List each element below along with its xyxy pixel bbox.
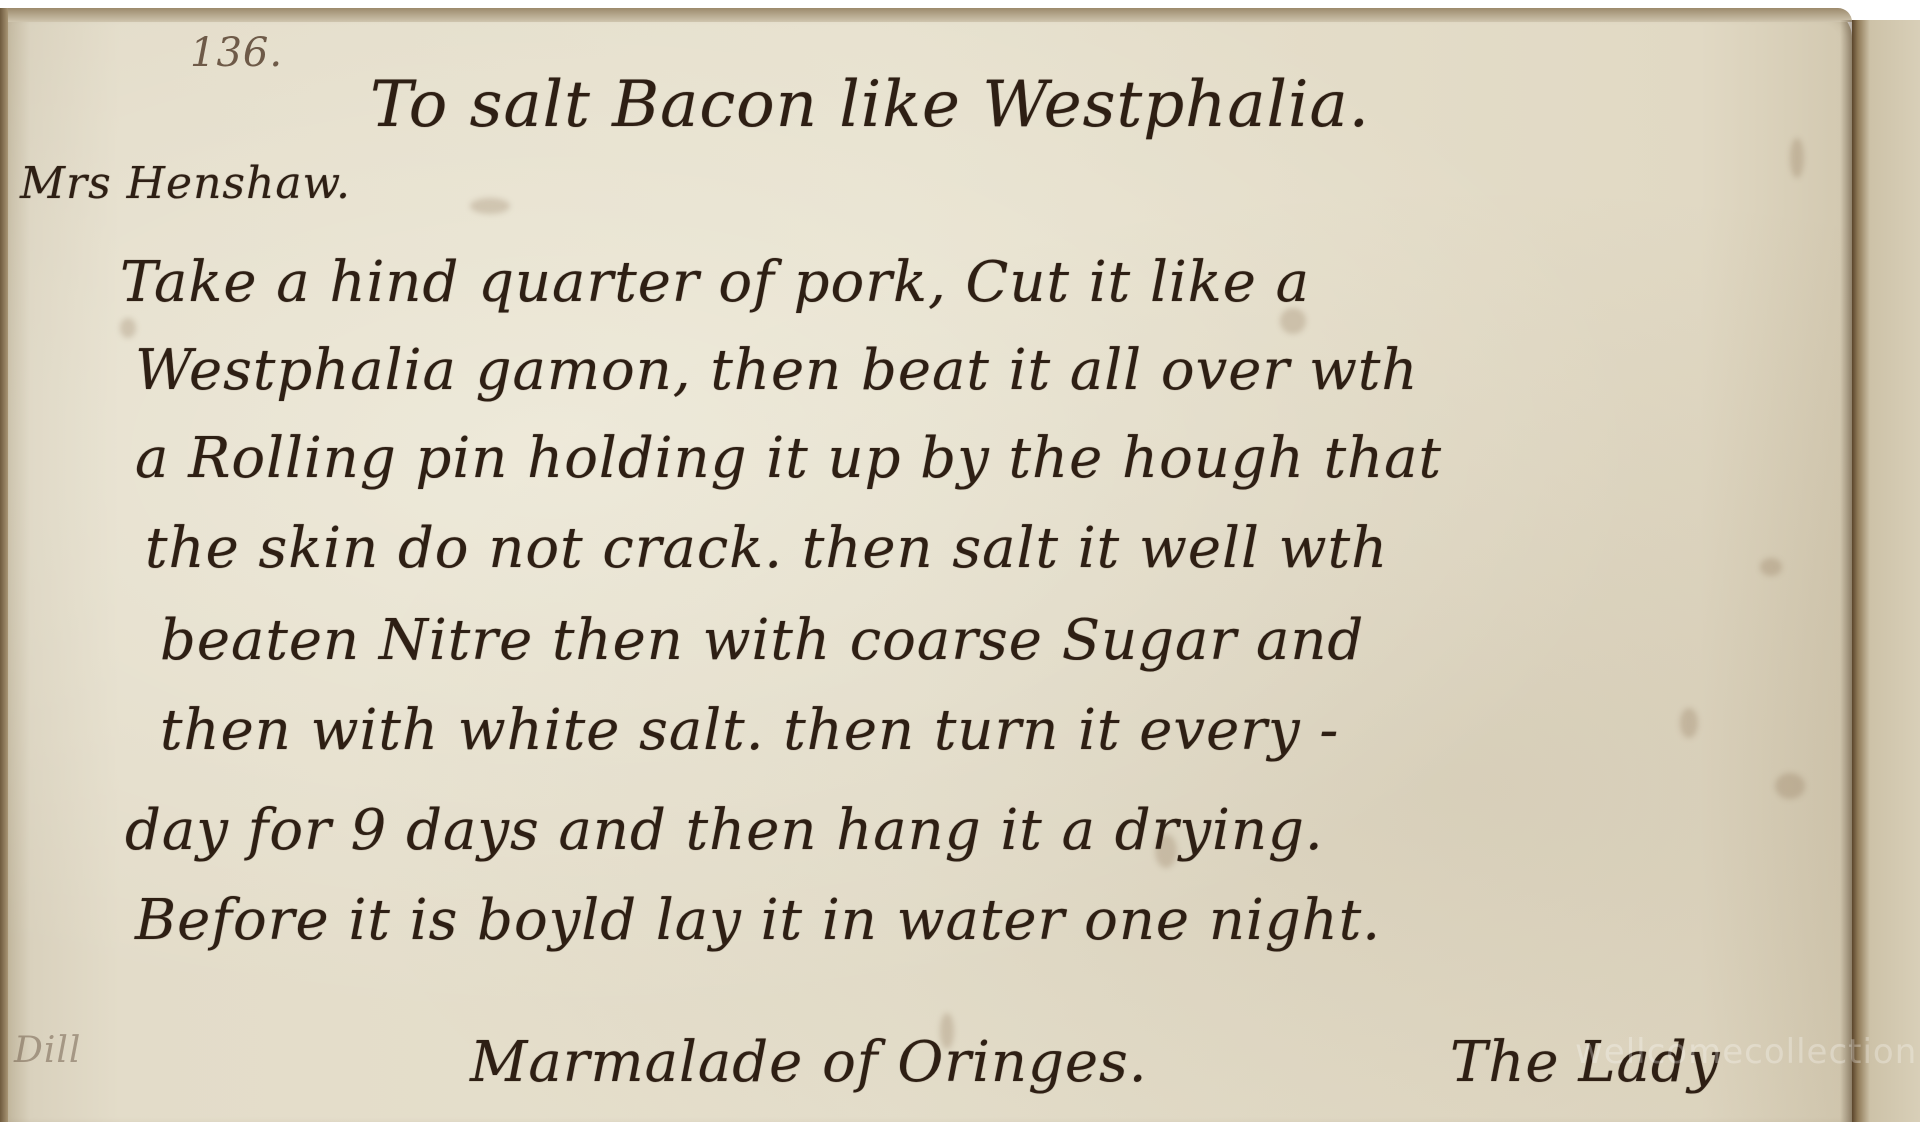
page-number: 136. xyxy=(190,30,283,76)
recipe-line: Before it is boyld lay it in water one n… xyxy=(135,888,1381,953)
recipe-line: day for 9 days and then hang it a drying… xyxy=(125,798,1324,863)
ink-bleed-spot xyxy=(470,198,510,214)
recipe-line: beaten Nitre then with coarse Sugar and xyxy=(160,608,1364,673)
watermark: wellcomecollection / eerolls.org xyxy=(1575,1032,1920,1072)
ink-bleed-spot xyxy=(1790,138,1804,178)
recipe-line: the skin do not crack. then salt it well… xyxy=(145,516,1388,581)
ink-bleed-spot xyxy=(1680,708,1698,738)
adjacent-page-edge xyxy=(1852,20,1920,1122)
recipe-line: then with white salt. then turn it every… xyxy=(160,698,1339,763)
ink-bleed-spot xyxy=(120,318,136,338)
page-top-edge xyxy=(0,8,1852,22)
recipe-line: Take a hind quarter of pork, Cut it like… xyxy=(120,250,1310,315)
ink-bleed-spot xyxy=(1775,773,1805,799)
page-left-edge xyxy=(0,8,8,1122)
recipe-title: To salt Bacon like Westphalia. xyxy=(370,68,1370,142)
recipe-attribution: Mrs Henshaw. xyxy=(20,158,351,209)
manuscript-page: 136. To salt Bacon like Westphalia. Mrs … xyxy=(0,8,1852,1122)
ink-bleed-spot xyxy=(1760,558,1782,576)
margin-note: Dill xyxy=(14,1030,81,1071)
recipe-line: Westphalia gamon, then beat it all over … xyxy=(135,338,1418,403)
next-recipe-title: Marmalade of Oringes. xyxy=(470,1030,1148,1095)
manuscript-scan: 136. To salt Bacon like Westphalia. Mrs … xyxy=(0,0,1920,1122)
recipe-line: a Rolling pin holding it up by the hough… xyxy=(135,426,1442,491)
